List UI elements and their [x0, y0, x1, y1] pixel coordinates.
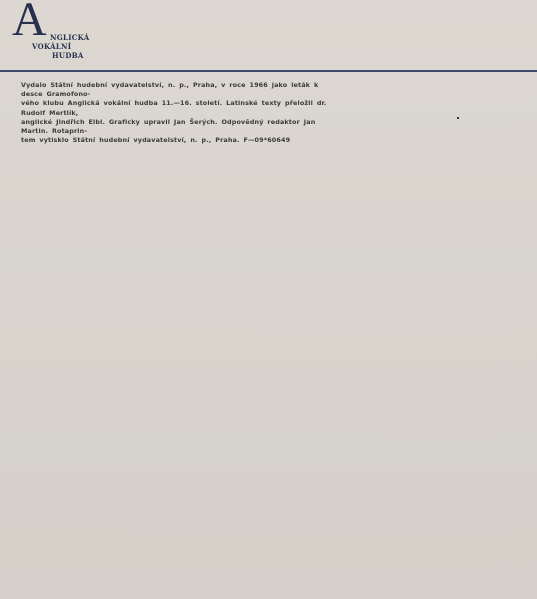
imprint-line: tem vytisklo Státní hudební vydavatelstv… [21, 136, 341, 145]
logo-line-3: HUDBA [52, 51, 84, 60]
imprint-line: Vydalo Státní hudební vydavatelství, n. … [21, 81, 341, 99]
paper-speck [457, 117, 459, 119]
imprint-text: Vydalo Státní hudební vydavatelství, n. … [21, 81, 341, 145]
title-logo: A NGLICKÁ VOKÁLNÍ HUDBA [12, 2, 122, 62]
logo-line-2: VOKÁLNÍ [32, 42, 71, 51]
logo-initial: A [12, 0, 47, 44]
imprint-line: anglické Jindřich Elbl. Graficky upravil… [21, 118, 341, 136]
imprint-line: vého klubu Anglická vokální hudba 11.—16… [21, 99, 341, 117]
logo-line-1: NGLICKÁ [50, 33, 89, 42]
horizontal-rule [0, 70, 537, 72]
